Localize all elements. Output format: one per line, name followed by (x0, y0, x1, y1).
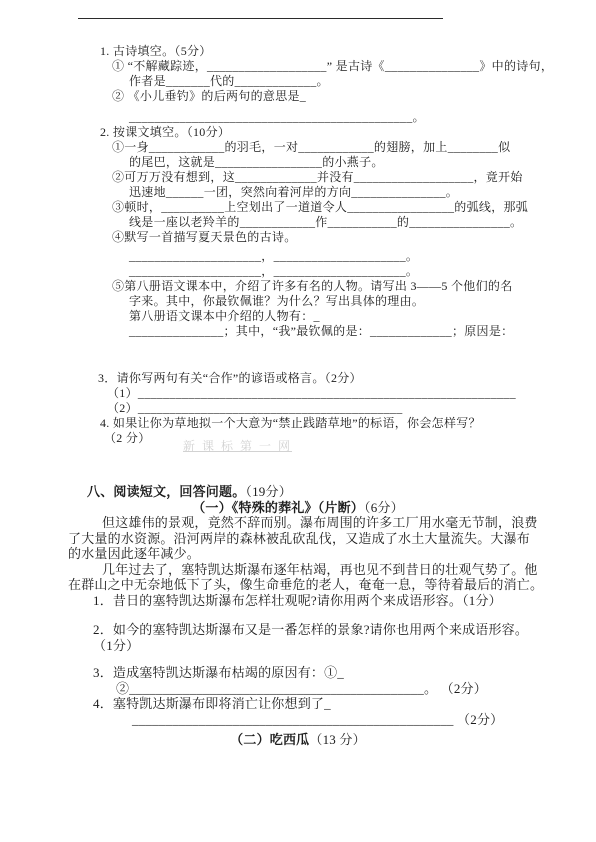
part2-title-text: （二）吃西瓜 (230, 732, 309, 747)
section8-score: （19分） (245, 484, 292, 499)
part2-title: （二）吃西瓜（13 分） (0, 732, 596, 748)
q1-item2-blank-line: ________________________________________… (129, 110, 596, 125)
q2-item4-line1: ④默写一首描写夏天景色的古诗。 (112, 230, 596, 245)
q1-item1-line2: 作者是_______代的_____________。 (129, 74, 596, 89)
reading-q4-blank: ________________________________________… (132, 712, 596, 728)
reading-q3-line2: ②_______________________________________… (116, 681, 596, 697)
q2-item1-line1: ①一身____________的羽毛，一对____________的翅膀，加上_… (112, 140, 596, 155)
passage-para1-line2: 了大量的水资源。沿河两岸的森林被乱砍乱伐，又造成了水土大量流失。大瀑布 (68, 531, 596, 547)
q3-blank1: （1）_____________________________________… (107, 386, 596, 401)
q2-item3-line1: ③顿时，__________上空划出了一道道令人________________… (112, 200, 596, 215)
q2-item5-line3: 第八册语文课本中介绍的人物有：_ (129, 309, 596, 324)
q1-title: 1. 古诗填空。（5分） (100, 44, 596, 59)
passage-para1-line3: 的水量因此逐年减少。 (68, 546, 596, 562)
section8-title-text: 八、阅读短文，回答问题。 (87, 484, 245, 499)
q2-item5-line2: 字来。其中，你最钦佩谁？为什么？写出具体的理由。 (129, 294, 596, 309)
q2-title: 2. 按课文填空。（10分） (100, 125, 596, 140)
passage-para1-line1: 但这雄伟的景观，竟然不辞而别。瀑布周围的许多工厂用水毫无节制，浪费 (102, 515, 596, 531)
q3-blank2: （2）_____________________________________… (107, 401, 596, 416)
passage-para2-line2: 在群山之中无奈地低下了头，像生命垂危的老人，奄奄一息，等待着最后的消亡。 (68, 577, 596, 593)
part1-score: （6分） (364, 500, 404, 515)
top-rule (78, 18, 443, 19)
q2-item1-line2: 的尾巴，这就是_________________的小燕子。 (129, 155, 596, 170)
part2-score: （13 分） (309, 732, 365, 747)
q2-item2-line1: ②可万万没有想到，这_____________并没有______________… (112, 170, 596, 185)
paper-content: 1. 古诗填空。（5分） ① “不解藏踪迹，__________________… (0, 44, 596, 748)
q2-item5-line4: _______________；其中，“我”最钦佩的是：____________… (129, 324, 596, 339)
part1-title-text: （一）《特殊的葬礼》（片断） (192, 500, 364, 515)
q2-item2-line2: 迅速地______一团，突然向着河岸的方向_______________。 (129, 185, 596, 200)
q1-item1-line1: ① “不解藏踪迹，___________________” 是古诗《______… (112, 59, 596, 74)
q2-item3-line2: 线是一座以老羚羊的____________作___________的______… (129, 215, 596, 230)
reading-q1: 1．昔日的塞特凯达斯瀑布怎样壮观呢?请你用两个来成语形容。（1分） (93, 593, 596, 609)
q4-title: 4. 如果让你为草地拟一个大意为“禁止践踏草地”的标语，你会怎样写？ (100, 416, 596, 431)
q4-score: （2 分） (104, 431, 596, 446)
q1-item2-line1: ② 《小儿垂钓》的后两句的意思是_ (112, 89, 596, 104)
reading-q2-score: （1分） (93, 638, 596, 654)
q2-item5-line1: ⑤第八册语文课本中，介绍了许多有名的人物。请写出 3——5 个他们的名 (112, 279, 596, 294)
q2-item4-poem-line2: _____________________，__________________… (129, 264, 596, 279)
reading-q2-line1: 2．如今的塞特凯达斯瀑布又是一番怎样的景象?请你也用两个来成语形容。 (93, 622, 596, 638)
section8-title: 八、阅读短文，回答问题。（19分） (87, 484, 596, 500)
passage-para2-line1: 几年过去了，塞特凯达斯瀑布逐年枯竭，再也见不到昔日的壮观气势了。他 (102, 562, 596, 578)
reading-q3-line1: 3．造成塞特凯达斯瀑布枯竭的原因有：①_ (93, 665, 596, 681)
exam-paper-page: 1. 古诗填空。（5分） ① “不解藏踪迹，__________________… (0, 0, 596, 842)
site-watermark: 新 课 标 第 一 网 (183, 437, 292, 454)
q3-title: 3．请你写两句有关“合作”的谚语或格言。（2分） (98, 371, 596, 386)
reading-q4-line1: 4．塞特凯达斯瀑布即将消亡让你想到了_ (93, 696, 596, 712)
q2-item4-poem-line1: _____________________，__________________… (129, 249, 596, 264)
part1-title: （一）《特殊的葬礼》（片断）（6分） (0, 500, 596, 516)
